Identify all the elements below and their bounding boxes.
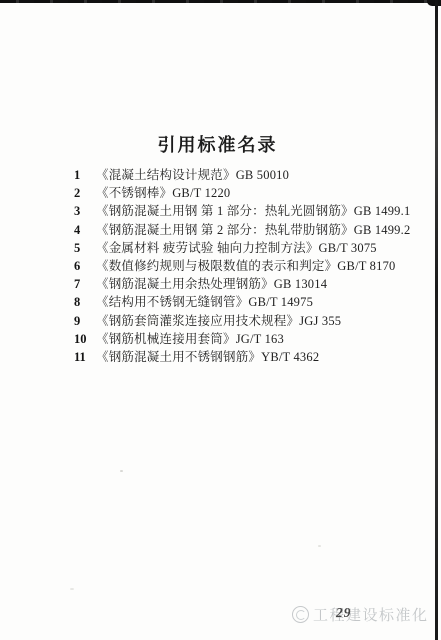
item-text: 《钢筋混凝土用钢 第 1 部分：热轧光圆钢筋》GB 1499.1 — [96, 204, 410, 218]
item-text: 《混凝土结构设计规范》GB 50010 — [96, 168, 289, 182]
item-text: 《钢筋机械连接用套筒》JG/T 163 — [96, 332, 284, 346]
referenced-standards-list: 1《混凝土结构设计规范》GB 50010 2《不锈钢棒》GB/T 1220 3《… — [74, 166, 411, 366]
item-text: 《钢筋混凝土用余热处理钢筋》GB 13014 — [96, 277, 327, 291]
item-number: 7 — [74, 275, 88, 293]
item-text: 《不锈钢棒》GB/T 1220 — [96, 186, 230, 200]
page-number: 29 — [336, 605, 352, 621]
item-number: 2 — [74, 184, 88, 202]
scan-right-border — [435, 0, 438, 640]
item-number: 4 — [74, 221, 88, 239]
scan-corner-mark — [427, 0, 441, 6]
publisher-watermark: 工程建设标准化 — [292, 604, 429, 625]
scanned-document-page: 引用标准名录 1《混凝土结构设计规范》GB 50010 2《不锈钢棒》GB/T … — [0, 0, 441, 640]
scan-speck — [318, 545, 321, 547]
item-number: 11 — [74, 348, 88, 366]
list-item: 10《钢筋机械连接用套筒》JG/T 163 — [74, 330, 411, 348]
list-item: 8《结构用不锈钢无缝钢管》GB/T 14975 — [74, 293, 411, 311]
item-number: 3 — [74, 202, 88, 220]
item-number: 9 — [74, 312, 88, 330]
item-text: 《钢筋套筒灌浆连接应用技术规程》JGJ 355 — [96, 314, 341, 328]
scan-top-border — [0, 0, 441, 3]
list-item: 9《钢筋套筒灌浆连接应用技术规程》JGJ 355 — [74, 312, 411, 330]
item-text: 《钢筋混凝土用钢 第 2 部分：热轧带肋钢筋》GB 1499.2 — [96, 223, 410, 237]
list-item: 3《钢筋混凝土用钢 第 1 部分：热轧光圆钢筋》GB 1499.1 — [74, 202, 411, 220]
watermark-logo-inner-icon — [296, 610, 306, 620]
page-title: 引用标准名录 — [0, 131, 435, 157]
item-text: 《结构用不锈钢无缝钢管》GB/T 14975 — [96, 295, 313, 309]
list-item: 1《混凝土结构设计规范》GB 50010 — [74, 166, 411, 184]
item-number: 5 — [74, 239, 88, 257]
watermark-logo-icon — [292, 606, 309, 623]
list-item: 11《钢筋混凝土用不锈钢钢筋》YB/T 4362 — [74, 348, 411, 366]
list-item: 4《钢筋混凝土用钢 第 2 部分：热轧带肋钢筋》GB 1499.2 — [74, 221, 411, 239]
list-item: 2《不锈钢棒》GB/T 1220 — [74, 184, 411, 202]
list-item: 5《金属材料 疲劳试验 轴向力控制方法》GB/T 3075 — [74, 239, 411, 257]
item-number: 6 — [74, 257, 88, 275]
scan-speck — [120, 470, 123, 472]
item-number: 10 — [74, 330, 88, 348]
list-item: 6《数值修约规则与极限数值的表示和判定》GB/T 8170 — [74, 257, 411, 275]
watermark-text: 工程建设标准化 — [313, 604, 429, 625]
item-text: 《数值修约规则与极限数值的表示和判定》GB/T 8170 — [96, 259, 395, 273]
item-text: 《钢筋混凝土用不锈钢钢筋》YB/T 4362 — [96, 350, 319, 364]
item-number: 1 — [74, 166, 88, 184]
scan-speck — [70, 588, 74, 590]
item-number: 8 — [74, 293, 88, 311]
item-text: 《金属材料 疲劳试验 轴向力控制方法》GB/T 3075 — [96, 241, 377, 255]
list-item: 7《钢筋混凝土用余热处理钢筋》GB 13014 — [74, 275, 411, 293]
